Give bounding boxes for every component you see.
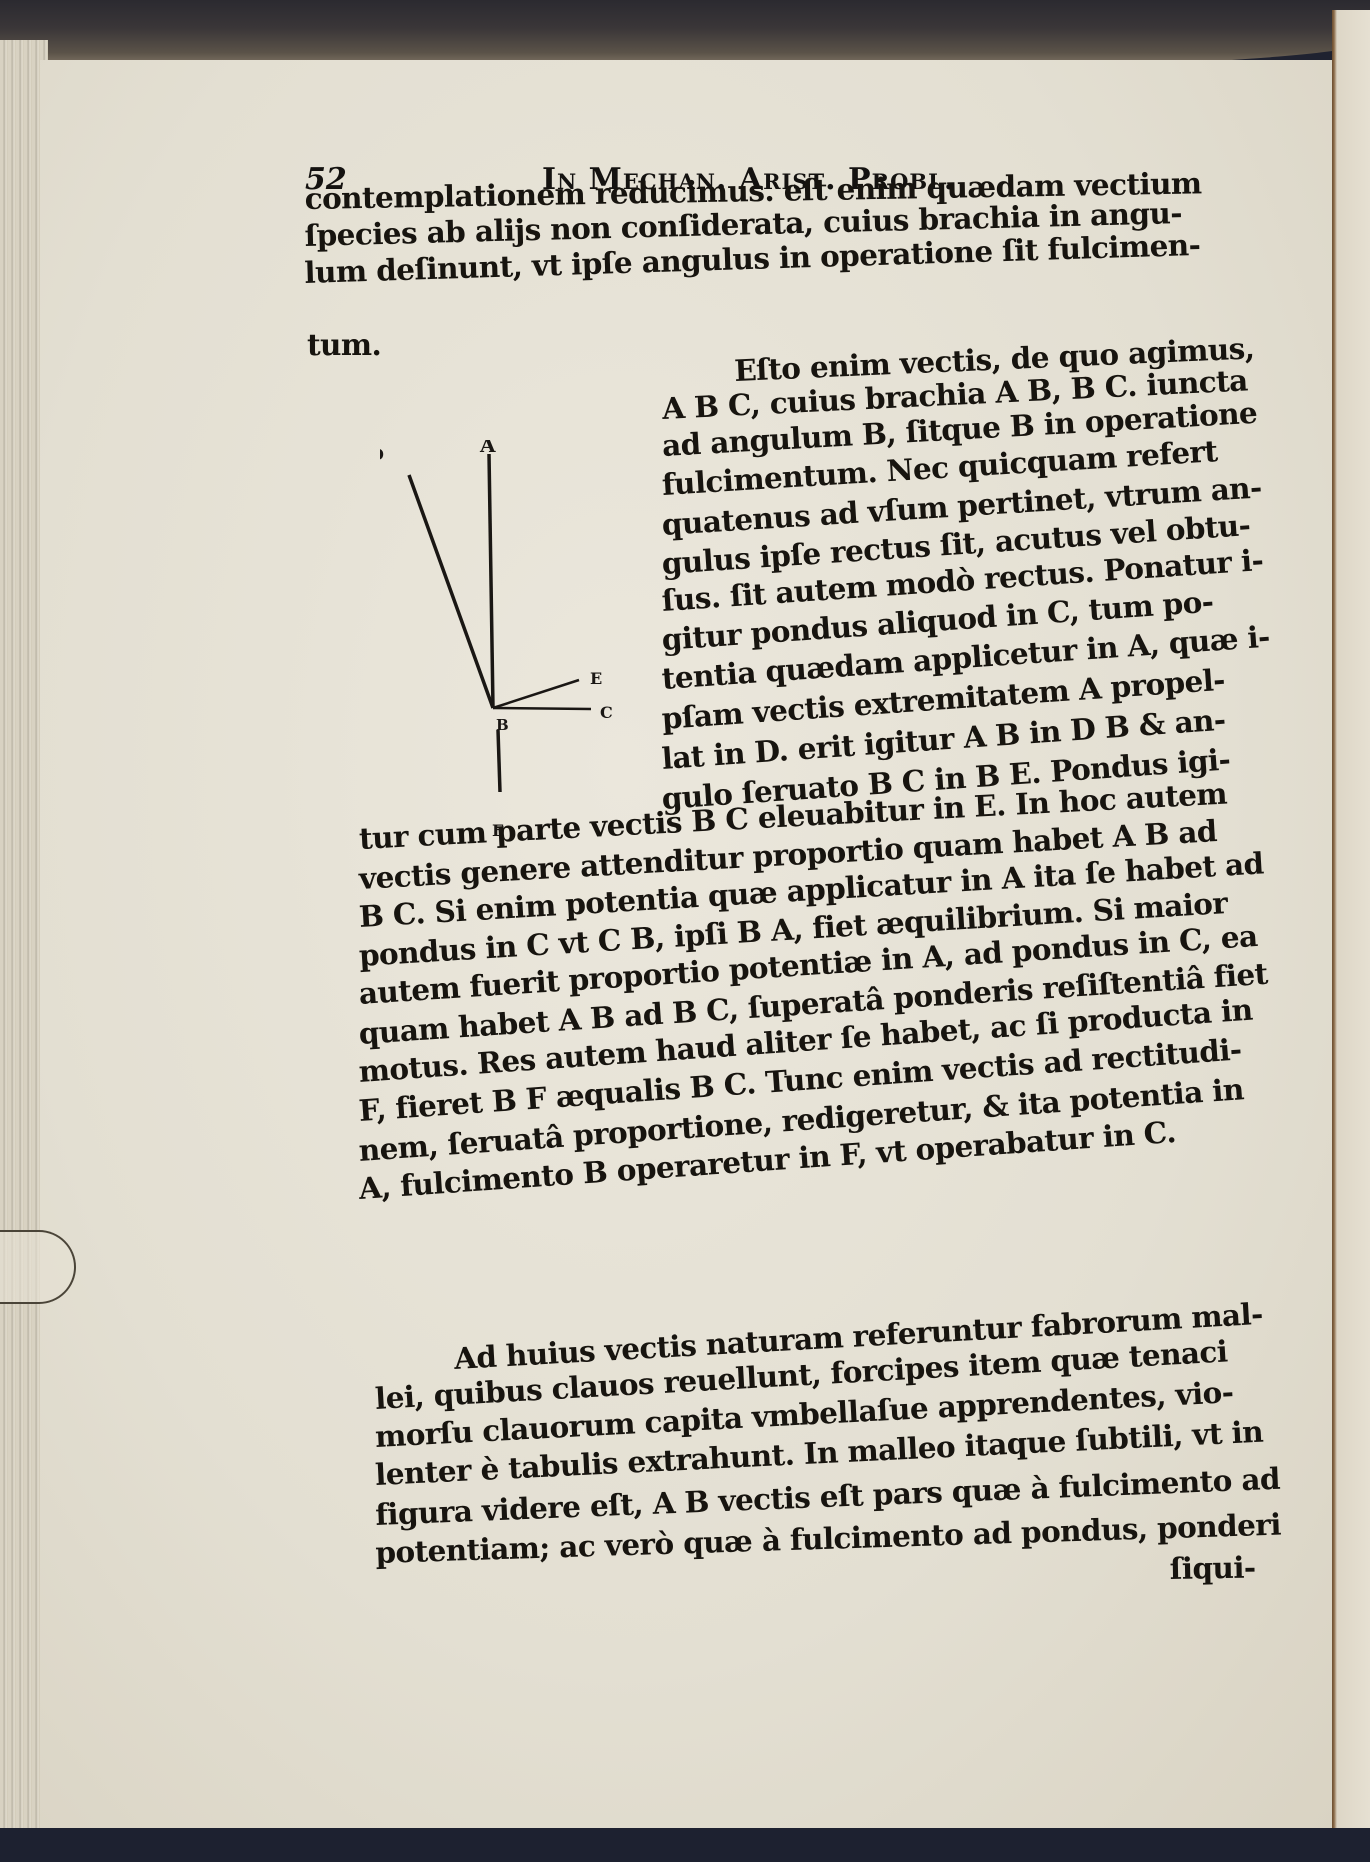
label-f: F [492, 821, 504, 840]
label-b: B [496, 716, 509, 734]
lever-figure: D A E C B F [380, 440, 640, 840]
book-bottom-edge [0, 1828, 1370, 1862]
book-gutter [1332, 10, 1370, 1830]
text-line: ſiqui- [1169, 1551, 1255, 1586]
text-line: tum. [307, 328, 381, 362]
label-e: E [590, 669, 602, 688]
page-clip [0, 1230, 76, 1304]
label-a: A [479, 440, 496, 457]
label-c: C [600, 703, 613, 722]
lever-diagram: D A E C B F [380, 440, 640, 840]
label-d: D [380, 445, 384, 464]
